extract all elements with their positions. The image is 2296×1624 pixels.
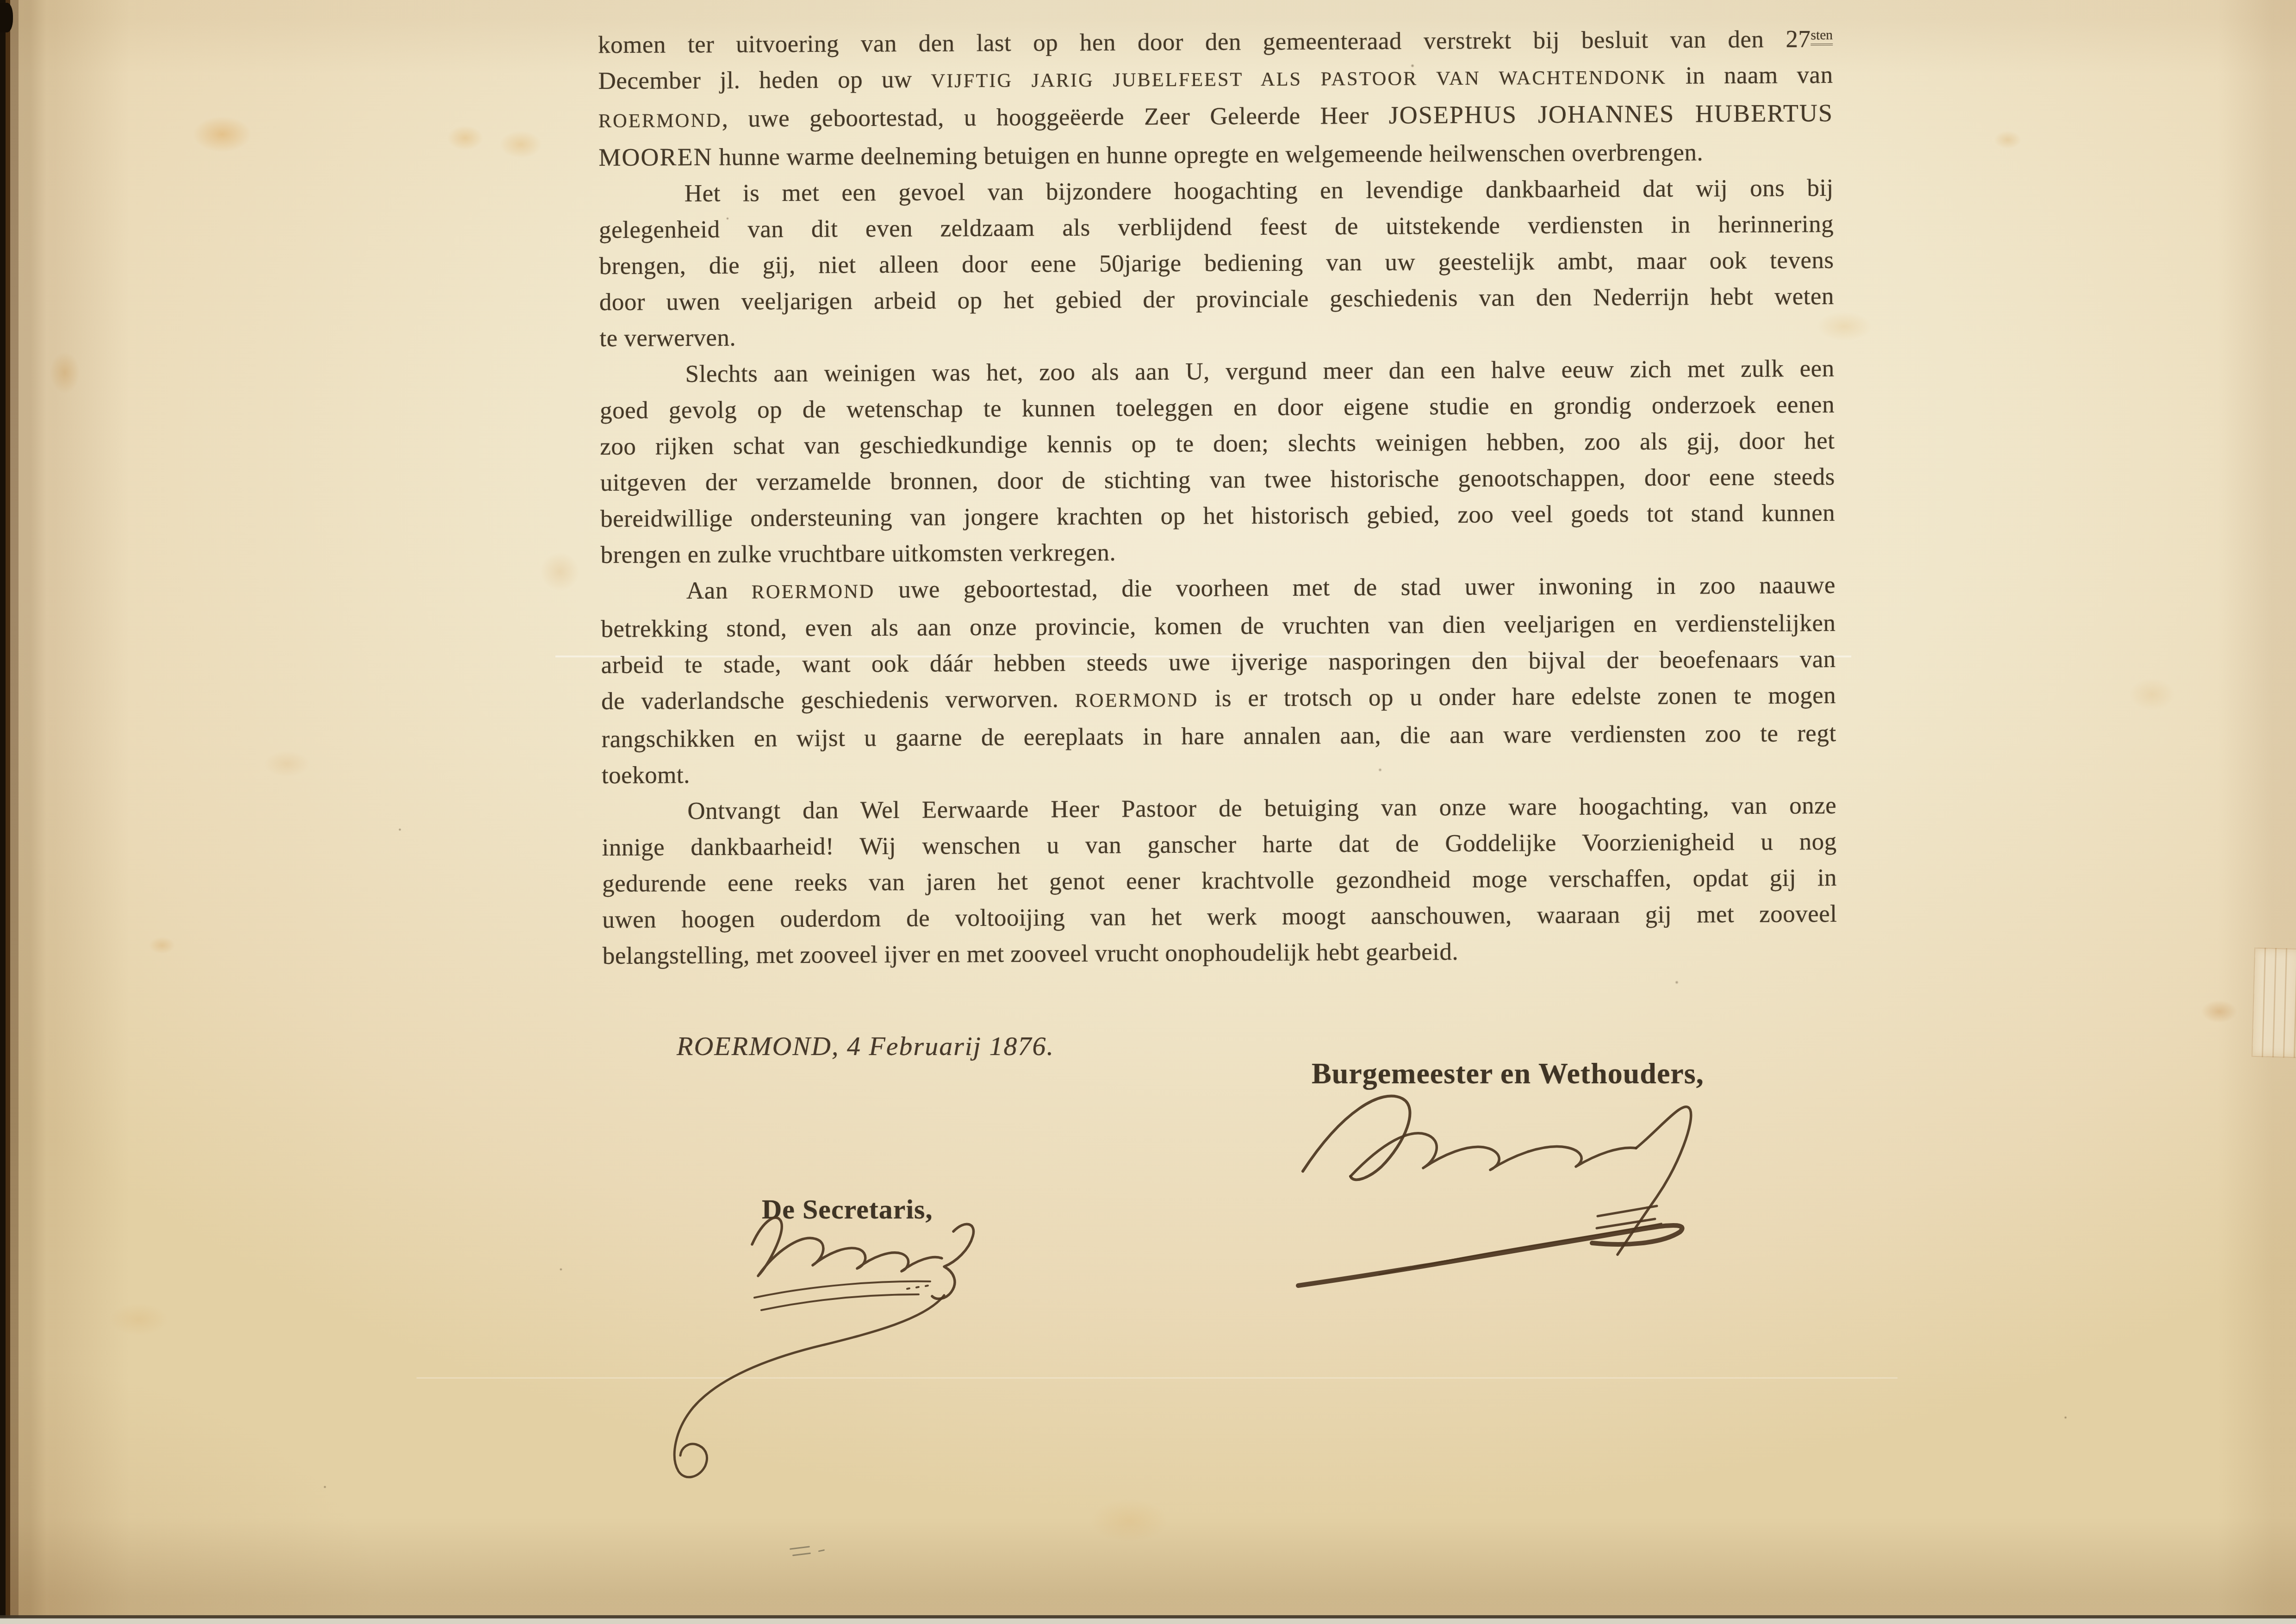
text-line: belangstelling, met zooveel ijver en met… [603, 932, 1837, 974]
paragraph: Aan ROERMOND uwe geboortestad, die voorh… [601, 567, 1836, 793]
paper-bottom-edge [0, 1615, 2296, 1618]
place-date-line: ROERMOND, 4 Februarij 1876. [677, 1031, 1054, 1062]
body-text: komen ter uitvoering van den last op hen… [598, 17, 1837, 974]
crease-mark [2252, 948, 2296, 1058]
text-line: uwen hoogen ouderdom de voltooijing van … [602, 896, 1837, 938]
paragraph: Ontvangt dan Wel Eerwaarde Heer Pastoor … [602, 787, 1837, 974]
text-line: goed gevolg op de wetenschap te kunnen t… [600, 387, 1835, 429]
binding-edge [0, 0, 46, 1624]
text-line: toekomt. [602, 751, 1836, 793]
scanned-letter-page: komen ter uitvoering van den last op hen… [0, 0, 2296, 1624]
secretary-signature [648, 1212, 1000, 1508]
text-line: Aan ROERMOND uwe geboortestad, die voorh… [601, 567, 1836, 611]
paragraph: Slechts aan weinigen was het, zoo als aa… [600, 350, 1836, 573]
text-line: door uwen veeljarigen arbeid op het gebi… [599, 278, 1834, 320]
text-line: ROERMOND, uwe geboortestad, u hooggeëerd… [598, 95, 1833, 139]
text-line: gedurende eene reeks van jaren het genot… [602, 860, 1837, 902]
binding-nick [0, 3, 13, 32]
text-line: brengen, die gij, niet alleen door eene … [599, 242, 1834, 284]
text-line: brengen en zulke vruchtbare uitkomsten v… [600, 531, 1835, 573]
text-line: Ontvangt dan Wel Eerwaarde Heer Pastoor … [602, 787, 1836, 830]
text-line: de vaderlandsche geschiedenis verworven.… [601, 677, 1836, 721]
paragraph: komen ter uitvoering van den last op hen… [598, 17, 1834, 176]
text-line: arbeid te stade, want ook dáár hebben st… [601, 641, 1836, 683]
text-line: innige dankbaarheid! Wij wenschen u van … [602, 824, 1837, 866]
mayor-signature [1291, 1086, 1740, 1308]
text-line: December jl. heden op uw VIJFTIG JARIG J… [598, 57, 1833, 101]
paragraph: Het is met een gevoel van bijzondere hoo… [599, 170, 1835, 356]
text-line: bereidwillige ondersteuning van jongere … [600, 495, 1835, 537]
text-line: te verwerven. [599, 314, 1834, 356]
text-line: gelegenheid van dit even zeldzaam als ve… [599, 206, 1834, 248]
text-line: uitgeven der verzamelde bronnen, door de… [600, 459, 1835, 501]
text-line: betrekking stond, even als aan onze prov… [601, 605, 1836, 647]
text-line: komen ter uitvoering van den last op hen… [598, 17, 1833, 63]
text-line: zoo rijken schat van geschiedkundige ken… [600, 423, 1835, 465]
scanner-strip [0, 1618, 2296, 1624]
text-line: Het is met een gevoel van bijzondere hoo… [599, 170, 1834, 212]
text-line: Slechts aan weinigen was het, zoo als aa… [600, 350, 1835, 393]
text-line: rangschikken en wijst u gaarne de eerepl… [601, 715, 1836, 757]
text-line: MOOREN hunne warme deelneming betuigen e… [598, 133, 1833, 176]
